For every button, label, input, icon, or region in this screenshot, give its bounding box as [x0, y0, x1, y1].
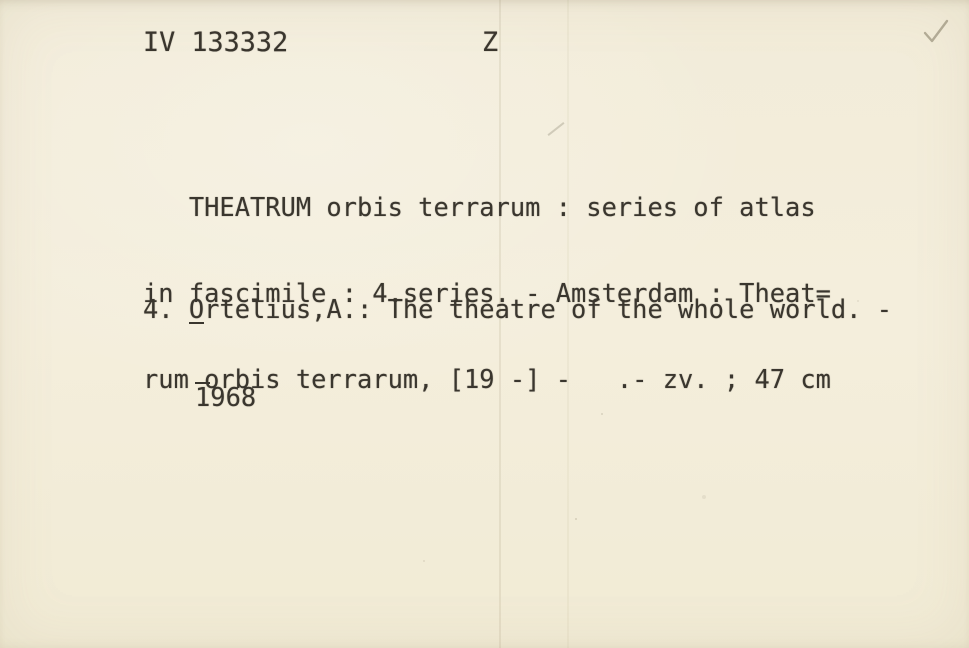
section-letter: Z	[482, 29, 498, 56]
entry-year-line: 1968	[143, 382, 892, 408]
entry-year-first-digit-overlined: 1	[195, 382, 210, 410]
pencil-checkmark-icon	[919, 16, 951, 45]
call-number: IV 133332	[143, 29, 288, 56]
catalog-card: IV 133332 Z THEATRUM orbis terrarum : se…	[0, 0, 969, 648]
catalog-entry: 4. Ortelius,A.: The theatre of the whole…	[143, 236, 892, 468]
entry-year-rest: 968	[210, 382, 256, 412]
entry-author-line: 4. Ortelius,A.: The theatre of the whole…	[143, 296, 892, 322]
entry-number: 4.	[143, 294, 189, 324]
description-line: THEATRUM orbis terrarum : series of atla…	[143, 194, 831, 220]
entry-author-title: rtelius,A.: The theatre of the whole wor…	[204, 294, 892, 324]
paper-speckles	[575, 518, 577, 520]
entry-author-initial-underlined: O	[189, 296, 204, 324]
